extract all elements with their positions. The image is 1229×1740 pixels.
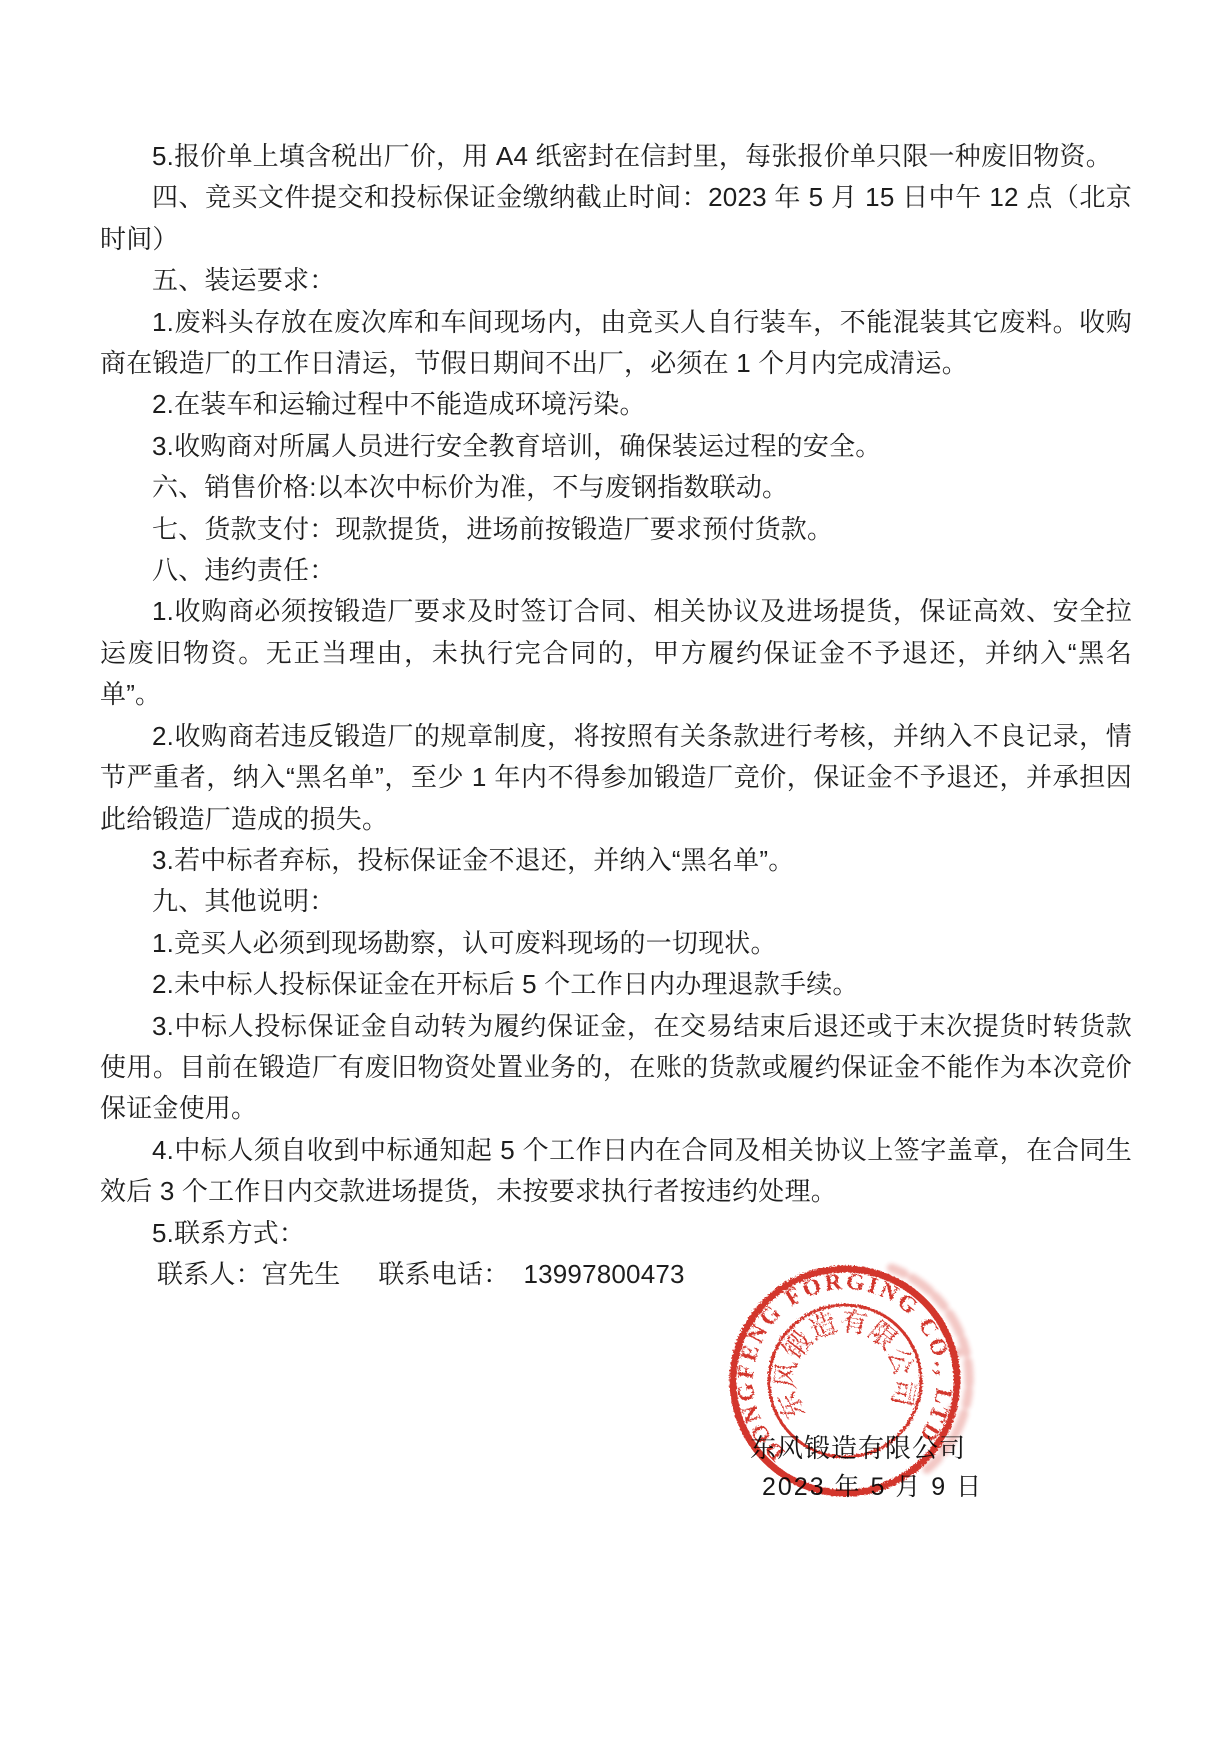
document-body: 5.报价单上填含税出厂价，用 A4 纸密封在信封里，每张报价单只限一种废旧物资。… bbox=[100, 136, 1132, 1295]
paragraph: 1.竞买人必须到现场勘察，认可废料现场的一切现状。 bbox=[100, 923, 1132, 964]
paragraph: 2.在装车和运输过程中不能造成环境污染。 bbox=[100, 384, 1132, 425]
contact-phone-number: 13997800473 bbox=[523, 1259, 684, 1289]
paragraph: 3.收购商对所属人员进行安全教育培训，确保装运过程的安全。 bbox=[100, 426, 1132, 467]
paragraph: 5.联系方式： bbox=[100, 1213, 1132, 1254]
paragraph: 1.收购商必须按锻造厂要求及时签订合同、相关协议及进场提货，保证高效、安全拉运废… bbox=[100, 591, 1132, 715]
contact-person-name: 宫先生 bbox=[262, 1259, 341, 1289]
seal-chinese-text: 东风锻造有限公司 bbox=[770, 1306, 920, 1424]
signature-company-name: 东风锻造有限公司 bbox=[750, 1428, 966, 1465]
paragraph: 1.废料头存放在废次库和车间现场内，由竞买人自行装车，不能混装其它废料。收购商在… bbox=[100, 302, 1132, 385]
paragraph: 4.中标人须自收到中标通知起 5 个工作日内在合同及相关协议上签字盖章，在合同生… bbox=[100, 1130, 1132, 1213]
paragraph: 九、其他说明： bbox=[100, 881, 1132, 922]
contact-line: 联系人：宫先生联系电话：13997800473 bbox=[100, 1254, 1132, 1295]
paragraph: 五、装运要求： bbox=[100, 260, 1132, 301]
paragraph: 5.报价单上填含税出厂价，用 A4 纸密封在信封里，每张报价单只限一种废旧物资。 bbox=[100, 136, 1132, 177]
contact-person-label: 联系人： bbox=[157, 1259, 262, 1289]
contact-phone-label: 联系电话： bbox=[378, 1259, 509, 1289]
paragraph: 八、违约责任： bbox=[100, 550, 1132, 591]
paragraph: 3.中标人投标保证金自动转为履约保证金，在交易结束后退还或于末次提货时转货款使用… bbox=[100, 1006, 1132, 1130]
paragraph: 七、货款支付：现款提货，进场前按锻造厂要求预付货款。 bbox=[100, 509, 1132, 550]
paragraph: 2.收购商若违反锻造厂的规章制度，将按照有关条款进行考核，并纳入不良记录，情节严… bbox=[100, 716, 1132, 840]
scanned-document-page: 5.报价单上填含税出厂价，用 A4 纸密封在信封里，每张报价单只限一种废旧物资。… bbox=[0, 0, 1229, 1740]
paragraph: 2.未中标人投标保证金在开标后 5 个工作日内办理退款手续。 bbox=[100, 964, 1132, 1005]
paragraph: 四、竞买文件提交和投标保证金缴纳截止时间：2023 年 5 月 15 日中午 1… bbox=[100, 177, 1132, 260]
paragraph: 3.若中标者弃标，投标保证金不退还，并纳入“黑名单”。 bbox=[100, 840, 1132, 881]
signature-date: 2023 年 5 月 9 日 bbox=[762, 1467, 983, 1503]
paragraph: 六、销售价格:以本次中标价为准，不与废钢指数联动。 bbox=[100, 467, 1132, 508]
